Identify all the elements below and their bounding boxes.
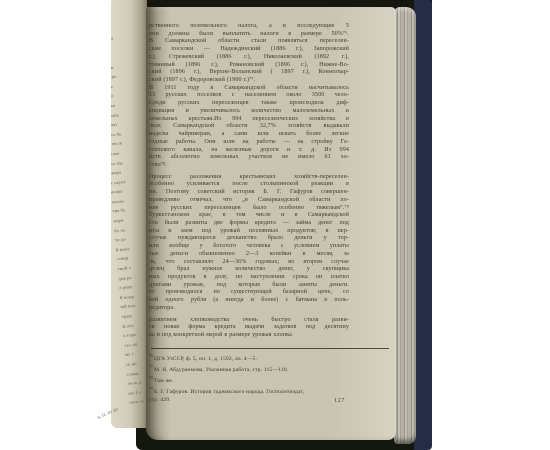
footnote: 76ЦГА УзССР, ф. 5, оп. 1, д. 1592, лл. 4… [149,352,351,363]
text-line: праведливо отмечал, что „в Самаркандской… [149,197,349,205]
page-body-text: рственного поземельного налога, а в посл… [149,23,349,340]
page-stack-fore-edge [394,7,416,444]
left-page-gutter-strip: мере нли в рутчиватние креработ4 двоадей… [111,0,147,428]
text-line: ка и под конкретной мерой в размере урож… [149,332,349,340]
footnote-line: стр. 429. [149,396,351,404]
text-line: г.), Стрежевский (1886 г.), Николаевский… [149,54,349,62]
footnote: 77М. Я. Абдураимова. Указанная работа, с… [149,363,351,374]
footnote-marker: 76 [149,354,153,358]
text-line: рственного поземельного налога, а в посл… [149,23,349,31]
footnote: 79Б. Г. Гафуров. История таджикского нар… [149,385,351,404]
text-line: Среди русских переселенцев также происхо… [149,100,349,108]
text-line: случае нуждающееся дехканство брало день… [149,235,349,243]
text-line: редитора. [149,305,349,313]
text-line: кой одного рубля (а иногда и более) с ба… [149,297,349,305]
text-line: В Самаркандской области стали появляться… [149,38,349,46]
footnote-marker: 78 [149,376,153,380]
footnote-line: 78Там же. [149,374,351,385]
text-line: ся новая форма кредита выдачи задатков п… [149,324,349,332]
text-line: лках Самаркандской области 32,7% хозяйст… [149,123,349,131]
paragraph: развитием хлопководства очень быстро ста… [149,317,349,340]
text-line: или вообще у богатого человека с условие… [149,243,349,251]
text-line: особенно усиливается после столыпинской … [149,181,349,189]
footnote-line: 76ЦГА УзССР, ф. 5, оп. 1, д. 1592, лл. 4… [149,352,351,363]
text-line: Туркестанском крае, в том числе и в Сама… [149,212,349,220]
paragraph: рственного поземельного налога, а в посл… [149,23,349,85]
book-photo: мере нли в рутчиватние креработ4 двоадей… [0,0,550,450]
footnote-line: 79Б. Г. Гафуров. История таджикского нар… [149,385,351,396]
page-number: 127 [334,397,345,404]
text-line: ские поселки — Надеждинский (1886 г.), З… [149,46,349,54]
footnote-marker: 77 [149,365,153,369]
footnote: 78Там же. [149,374,351,385]
text-line: ных продуктов в долг, по наступлении сро… [149,274,349,282]
footnotes: 76ЦГА УзССР, ф. 5, оп. 1, д. 1592, лл. 4… [149,352,351,405]
text-line: сти были развиты две формы кредита — зай… [149,220,349,228]
text-line: ство⁷⁸. [149,162,349,170]
book-cover-right-edge [414,0,432,450]
left-page-text: мере нли в рутчиватние креработ4 двоадей… [111,0,147,408]
text-line: ский (1897 г.), Федоровский (1900 г.)⁷⁷. [149,77,349,85]
text-line: ский (1896 г.), Верхне-Волынский ( 1897 … [149,69,349,77]
text-line: В 1911 году в Самаркандской области насч… [149,85,349,93]
text-line: енциация и увеличивалось количество мало… [149,108,349,116]
footnote-separator [151,348,389,349]
paragraph: В 1911 году в Самаркандской области насч… [149,85,349,170]
text-line: делец брал нужное количество денег, у ск… [149,266,349,274]
book-page: рственного поземельного налога, а в посл… [146,7,396,440]
text-line: годные работы. Они шли на работы — на ст… [149,139,349,147]
text-line: йств абсолютно земельных участков не име… [149,154,349,162]
text-line: ет производился по существующей базарной… [149,289,349,297]
text-line: тые деньги обыкновенно 2—3 копейки в мес… [149,251,349,259]
footnote-marker: 79 [149,387,153,391]
text-line: ии. Поэтому советский историк Б. Г. Гафу… [149,189,349,197]
text-line: наделы чайрикерам, а сами шли искать бол… [149,131,349,139]
footnote-line: 77М. Я. Абдураимова. Указанная работа, с… [149,363,351,374]
paragraph: Процесс разложения крестьянских хозяйств… [149,174,349,313]
